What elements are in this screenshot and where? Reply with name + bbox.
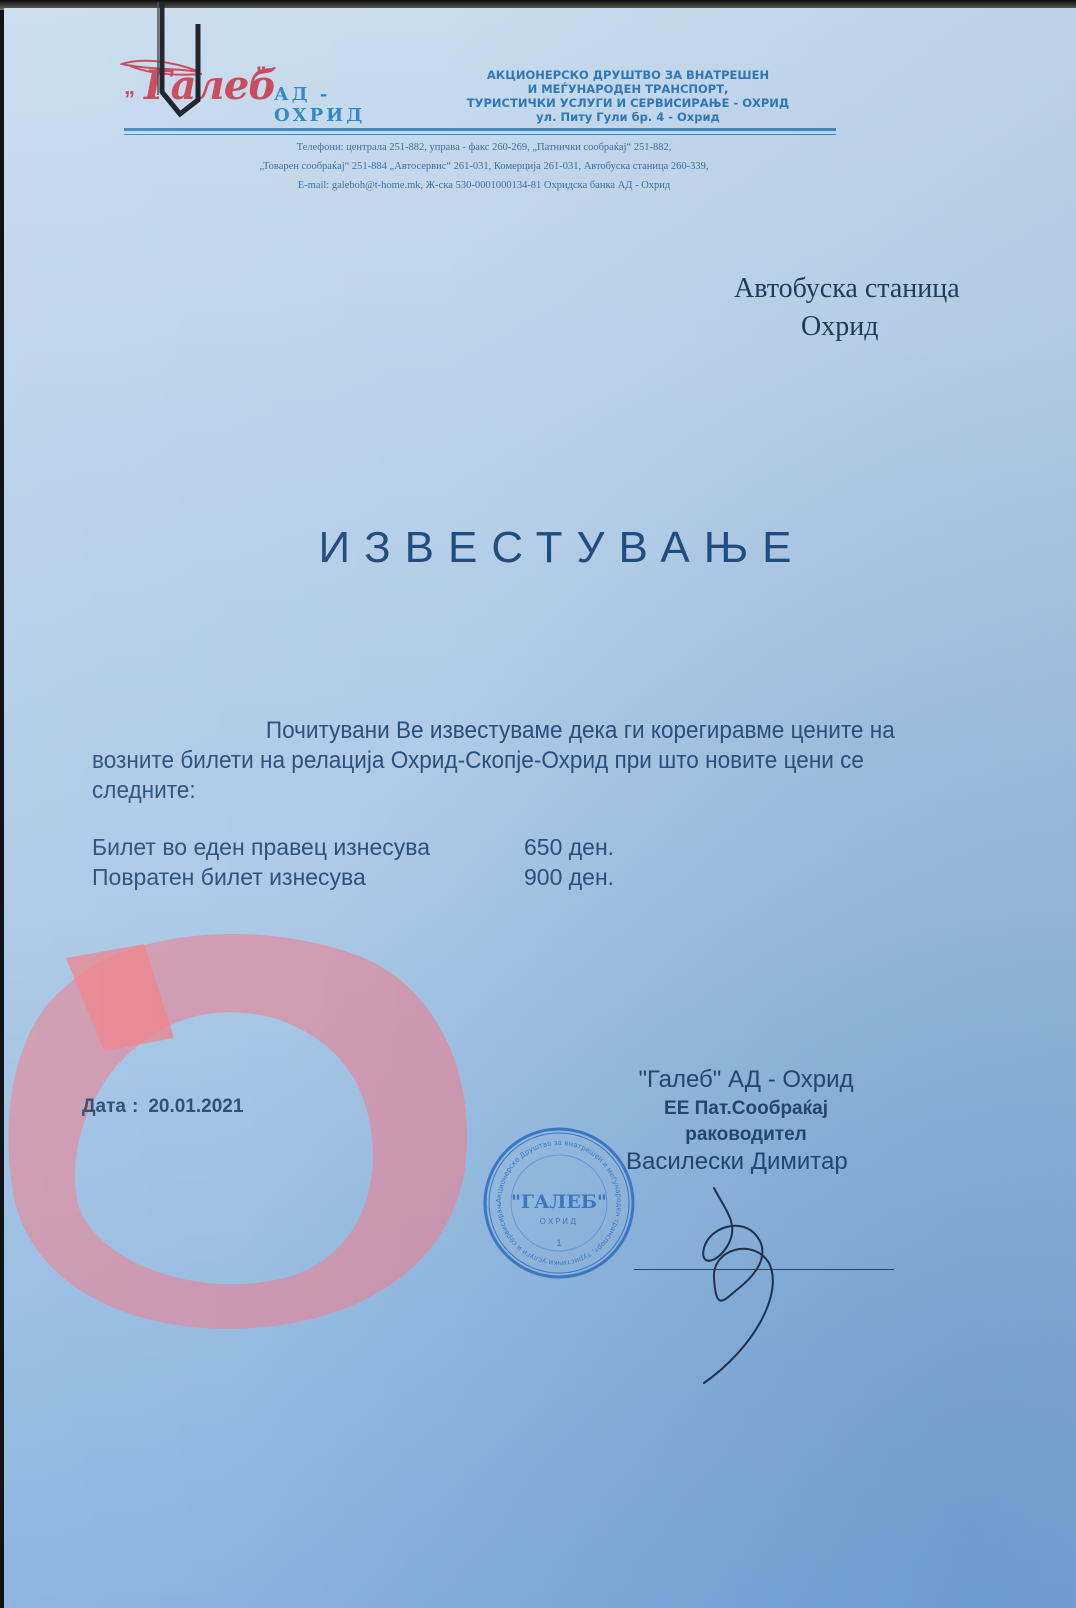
stamp-city: ОХРИД [540, 1217, 579, 1226]
highlight-circle-annotation [4, 908, 484, 1348]
company-line-2: И МЕЃУНАРОДЕН ТРАНСПОРТ, [428, 82, 828, 96]
price-value: 650 ден. [524, 832, 614, 862]
recipient-line-1: Автобуска станица [734, 270, 1014, 308]
date-separator: : [132, 1096, 138, 1117]
document-page: „ Галеб " АД - ОХРИД АКЦИОНЕРСКО ДРУШТВО… [4, 8, 1076, 1608]
letterhead-divider-thin [124, 134, 836, 135]
logo-quote-open: „ [124, 74, 135, 100]
contact-details: Телефони: централа 251-882, управа - фак… [144, 138, 824, 195]
contact-row: E-mail: galeboh@t-home.mk, Ж-ска 530-000… [144, 176, 824, 195]
price-list: Билет во еден правец изнесува 650 ден. П… [92, 832, 614, 892]
recipient-address: Автобуска станица Охрид [734, 270, 1014, 346]
contact-row: „Товарен сообраќај“ 251-884 „Автосервис“… [144, 157, 824, 176]
document-date: Дата:20.01.2021 [82, 1096, 243, 1118]
price-label: Повратен билет изнесува [92, 862, 524, 892]
document-title: ИЗВЕСТУВАЊЕ [4, 523, 1076, 573]
price-value: 900 ден. [524, 862, 614, 892]
logo-suffix: АД - ОХРИД [274, 84, 424, 126]
price-row-return: Повратен билет изнесува 900 ден. [92, 862, 614, 892]
signatory-name: Василески Димитар [626, 1148, 848, 1176]
signature-line [634, 1269, 894, 1270]
body-line: Почитувани Ве известуваме дека ги кореги… [92, 716, 957, 746]
body-line: возните билети на релација Охрид-Скопје-… [92, 746, 957, 776]
company-line-1: АКЦИОНЕРСКО ДРУШТВО ЗА ВНАТРЕШЕН [428, 68, 828, 82]
company-line-3: ТУРИСТИЧКИ УСЛУГИ И СЕРВИСИРАЊЕ - ОХРИД [428, 96, 828, 110]
stamp-number: 1 [556, 1239, 562, 1249]
stamp-center-text: "ГАЛЕБ" [511, 1191, 607, 1213]
company-stamp-seal: Акционерско Друштво за внатрешен и меѓун… [482, 1126, 636, 1280]
price-row-one-way: Билет во еден правец изнесува 650 ден. [92, 832, 614, 862]
body-line: следните: [92, 776, 957, 806]
recipient-line-2: Охрид [734, 308, 1014, 346]
contact-row: Телефони: централа 251-882, управа - фак… [144, 138, 824, 157]
letterhead-divider [124, 128, 836, 131]
company-address: ул. Питу Гули бр. 4 - Охрид [428, 110, 828, 124]
price-label: Билет во еден правец изнесува [92, 832, 524, 862]
handwritten-signature-icon [644, 1168, 844, 1388]
date-label: Дата [82, 1096, 126, 1117]
date-value: 20.01.2021 [148, 1096, 243, 1117]
signatory-company: "Галеб" АД - Охрид [616, 1066, 876, 1094]
company-name-block: АКЦИОНЕРСКО ДРУШТВО ЗА ВНАТРЕШЕН И МЕЃУН… [428, 68, 828, 124]
paperclip-icon [150, 0, 210, 120]
signatory-unit: ЕЕ Пат.Сообраќај [616, 1098, 876, 1120]
signatory-role: раководител [616, 1124, 876, 1146]
notice-body: Почитувани Ве известуваме дека ги кореги… [92, 716, 957, 806]
logo-quote-close: " [256, 62, 266, 88]
